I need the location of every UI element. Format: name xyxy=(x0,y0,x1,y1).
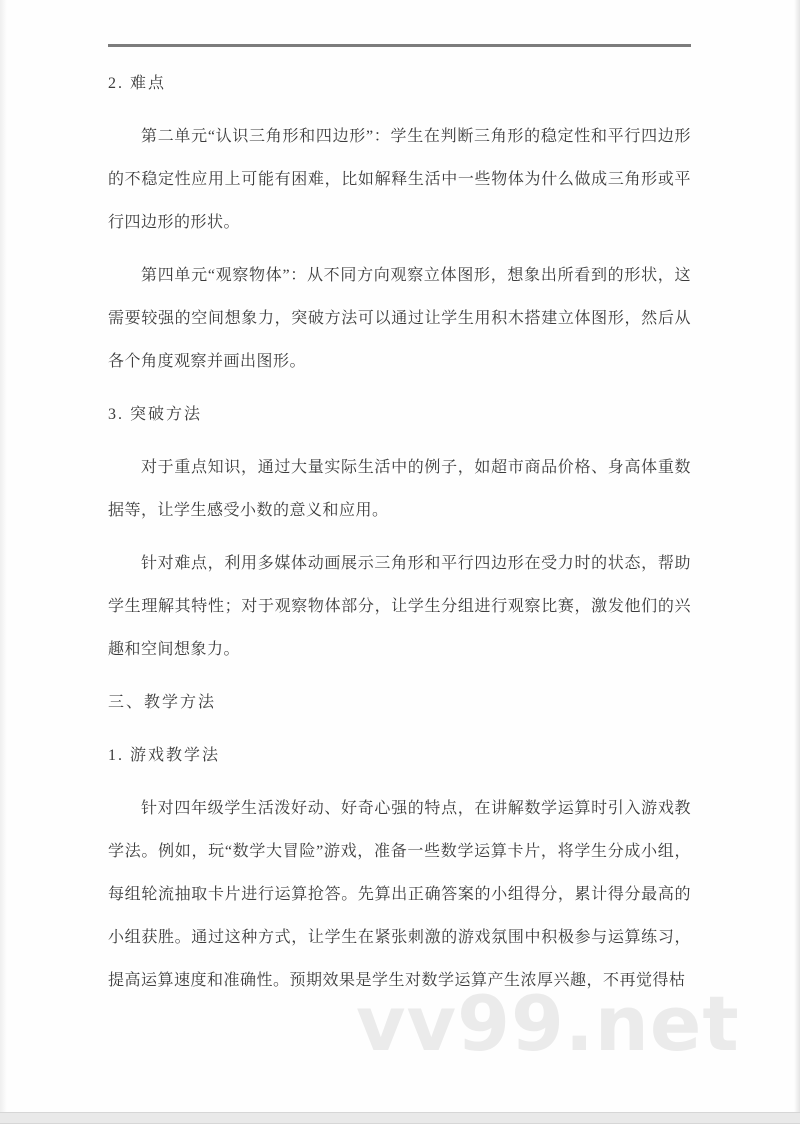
text-line: 针对难点，利用多媒体动画展示三角形和平行四边形在受力时的状态，帮助 xyxy=(108,542,691,585)
document-body: 2. 难点第二单元“认识三角形和四边形”：学生在判断三角形的稳定性和平行四边形的… xyxy=(108,62,691,1012)
next-page-top xyxy=(0,1124,800,1137)
section-heading: 3. 突破方法 xyxy=(108,393,691,436)
section-heading: 2. 难点 xyxy=(108,62,691,105)
page-right-edge-shadow xyxy=(794,0,800,1137)
text-line: 据等，让学生感受小数的意义和应用。 xyxy=(108,489,691,532)
text-line: 各个角度观察并画出图形。 xyxy=(108,340,691,383)
document-page: 2. 难点第二单元“认识三角形和四边形”：学生在判断三角形的稳定性和平行四边形的… xyxy=(0,0,800,1137)
page-left-edge-shadow xyxy=(0,0,7,1137)
paragraph: 针对难点，利用多媒体动画展示三角形和平行四边形在受力时的状态，帮助学生理解其特性… xyxy=(108,542,691,671)
paragraph: 第四单元“观察物体”：从不同方向观察立体图形，想象出所看到的形状，这需要较强的空… xyxy=(108,254,691,383)
text-line: 趣和空间想象力。 xyxy=(108,628,691,671)
text-line: 第二单元“认识三角形和四边形”：学生在判断三角形的稳定性和平行四边形 xyxy=(108,115,691,158)
page-break-gap xyxy=(0,1112,800,1124)
text-line: 行四边形的形状。 xyxy=(108,201,691,244)
text-line: 第四单元“观察物体”：从不同方向观察立体图形，想象出所看到的形状，这 xyxy=(108,254,691,297)
text-line: 每组轮流抽取卡片进行运算抢答。先算出正确答案的小组得分，累计得分最高的 xyxy=(108,873,691,916)
paragraph: 针对四年级学生活泼好动、好奇心强的特点，在讲解数学运算时引入游戏教学法。例如，玩… xyxy=(108,787,691,1002)
text-line: 针对四年级学生活泼好动、好奇心强的特点，在讲解数学运算时引入游戏教 xyxy=(108,787,691,830)
paragraph: 第二单元“认识三角形和四边形”：学生在判断三角形的稳定性和平行四边形的不稳定性应… xyxy=(108,115,691,244)
header-divider-line xyxy=(108,44,691,47)
watermark-text: vv99.net xyxy=(356,986,740,1062)
paragraph: 对于重点知识，通过大量实际生活中的例子，如超市商品价格、身高体重数据等，让学生感… xyxy=(108,446,691,532)
text-line: 学法。例如，玩“数学大冒险”游戏，准备一些数学运算卡片，将学生分成小组， xyxy=(108,830,691,873)
section-heading: 1. 游戏教学法 xyxy=(108,734,691,777)
text-line: 需要较强的空间想象力，突破方法可以通过让学生用积木搭建立体图形，然后从 xyxy=(108,297,691,340)
section-heading: 三、教学方法 xyxy=(108,681,691,724)
text-line: 小组获胜。通过这种方式，让学生在紧张刺激的游戏氛围中积极参与运算练习， xyxy=(108,916,691,959)
text-line: 学生理解其特性；对于观察物体部分，让学生分组进行观察比赛，激发他们的兴 xyxy=(108,585,691,628)
text-line: 的不稳定性应用上可能有困难，比如解释生活中一些物体为什么做成三角形或平 xyxy=(108,158,691,201)
text-line: 对于重点知识，通过大量实际生活中的例子，如超市商品价格、身高体重数 xyxy=(108,446,691,489)
